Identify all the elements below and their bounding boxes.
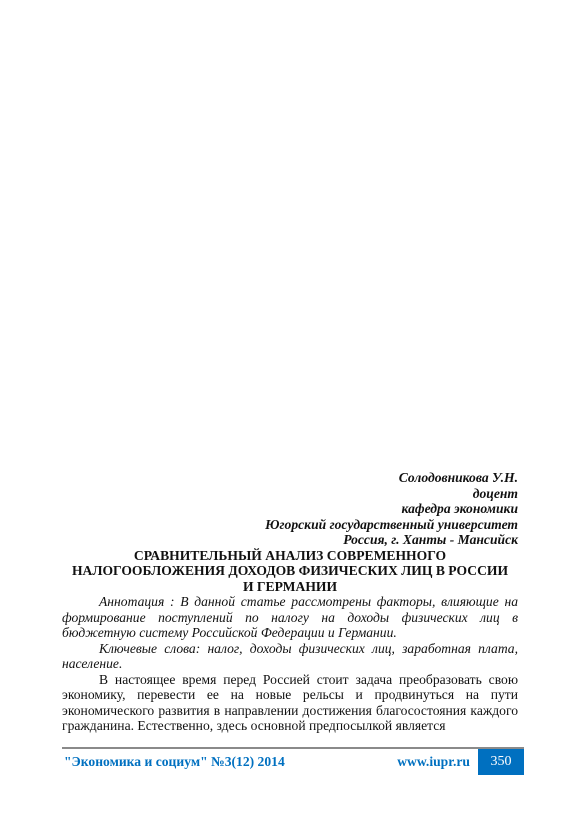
body-paragraph: В настоящее время перед Россией стоит за… (62, 672, 518, 734)
author-name: Солодовникова У.Н. (62, 470, 518, 486)
author-location: Россия, г. Ханты - Мансийск (62, 532, 518, 548)
article-title: СРАВНИТЕЛЬНЫЙ АНАЛИЗ СОВРЕМЕННОГО НАЛОГО… (62, 548, 518, 595)
document-page: Солодовникова У.Н. доцент кафедра эконом… (0, 0, 580, 820)
page-number-badge: 350 (478, 749, 524, 775)
author-university: Югорский государственный университет (62, 517, 518, 533)
author-block: Солодовникова У.Н. доцент кафедра эконом… (62, 470, 518, 548)
title-line: И ГЕРМАНИИ (62, 579, 518, 595)
title-line: СРАВНИТЕЛЬНЫЙ АНАЛИЗ СОВРЕМЕННОГО (62, 548, 518, 564)
article-content: Солодовникова У.Н. доцент кафедра эконом… (62, 470, 518, 734)
author-department: кафедра экономики (62, 501, 518, 517)
journal-url-link[interactable]: www.iupr.ru (397, 754, 470, 770)
keywords: Ключевые слова: налог, доходы физических… (62, 641, 518, 672)
author-position: доцент (62, 486, 518, 502)
title-line: НАЛОГООБЛОЖЕНИЯ ДОХОДОВ ФИЗИЧЕСКИХ ЛИЦ В… (62, 563, 518, 579)
abstract: Аннотация : В данной статье рассмотрены … (62, 594, 518, 641)
journal-name: "Экономика и социум" №3(12) 2014 (64, 754, 285, 770)
page-footer: "Экономика и социум" №3(12) 2014 www.iup… (62, 749, 524, 775)
